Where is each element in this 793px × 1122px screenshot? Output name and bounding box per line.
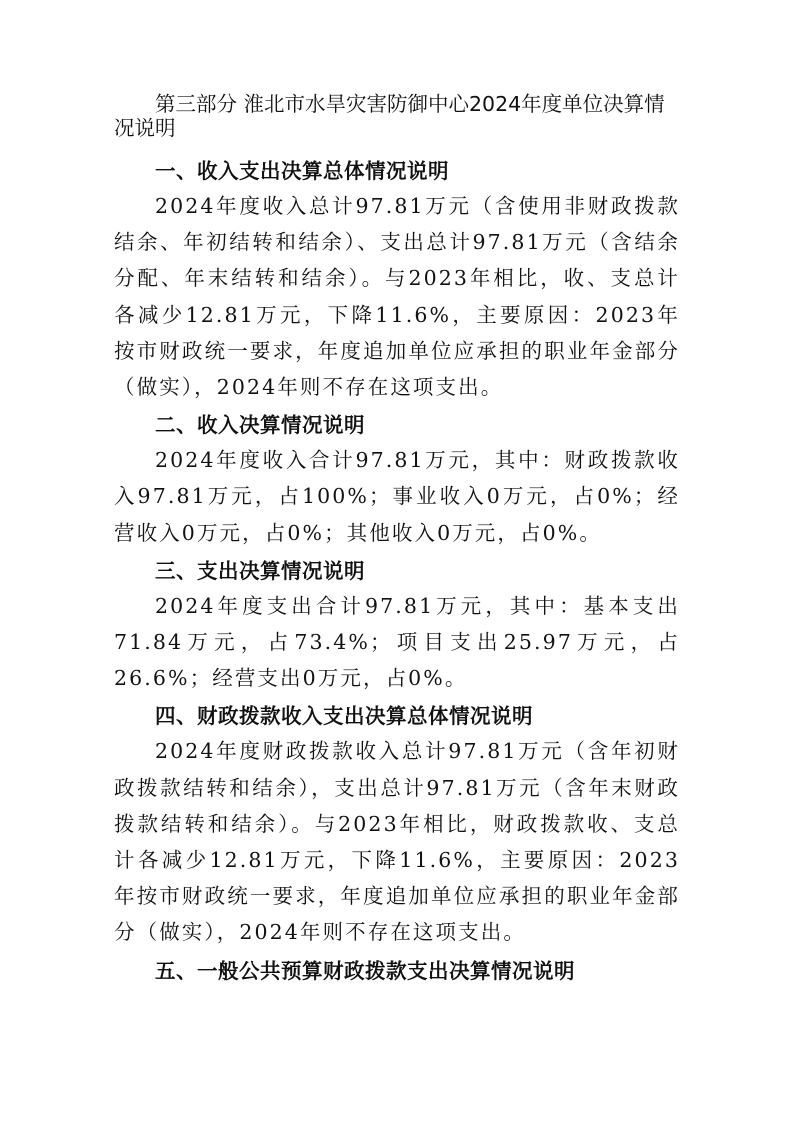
section-income-details: 二、收入决算情况说明 2024年度收入合计97.81万元，其中：财政拨款收入97… <box>114 408 680 551</box>
section-heading: 一、收入支出决算总体情况说明 <box>114 154 680 188</box>
section-heading: 三、支出决算情况说明 <box>114 554 680 588</box>
section-body: 2024年度收入总计97.81万元（含使用非财政拨款结余、年初结转和结余）、支出… <box>114 188 680 405</box>
section-general-public-budget: 五、一般公共预算财政拨款支出决算情况说明 <box>114 954 680 988</box>
section-heading: 四、财政拨款收入支出决算总体情况说明 <box>114 699 680 733</box>
document-page: 第三部分 淮北市水旱灾害防御中心2024年度单位决算情况说明 一、收入支出决算总… <box>114 92 680 988</box>
section-body: 2024年度财政拨款收入总计97.81万元（含年初财政拨款结转和结余），支出总计… <box>114 733 680 950</box>
section-expenditure-details: 三、支出决算情况说明 2024年度支出合计97.81万元，其中：基本支出71.8… <box>114 554 680 697</box>
section-heading: 五、一般公共预算财政拨款支出决算情况说明 <box>114 954 680 988</box>
section-income-expenditure-overview: 一、收入支出决算总体情况说明 2024年度收入总计97.81万元（含使用非财政拨… <box>114 154 680 405</box>
section-body: 2024年度支出合计97.81万元，其中：基本支出71.84万元，占73.4%；… <box>114 588 680 697</box>
section-fiscal-appropriation-overview: 四、财政拨款收入支出决算总体情况说明 2024年度财政拨款收入总计97.81万元… <box>114 699 680 950</box>
section-heading: 二、收入决算情况说明 <box>114 408 680 442</box>
section-body: 2024年度收入合计97.81万元，其中：财政拨款收入97.81万元，占100%… <box>114 442 680 551</box>
document-title: 第三部分 淮北市水旱灾害防御中心2024年度单位决算情况说明 <box>114 92 680 140</box>
